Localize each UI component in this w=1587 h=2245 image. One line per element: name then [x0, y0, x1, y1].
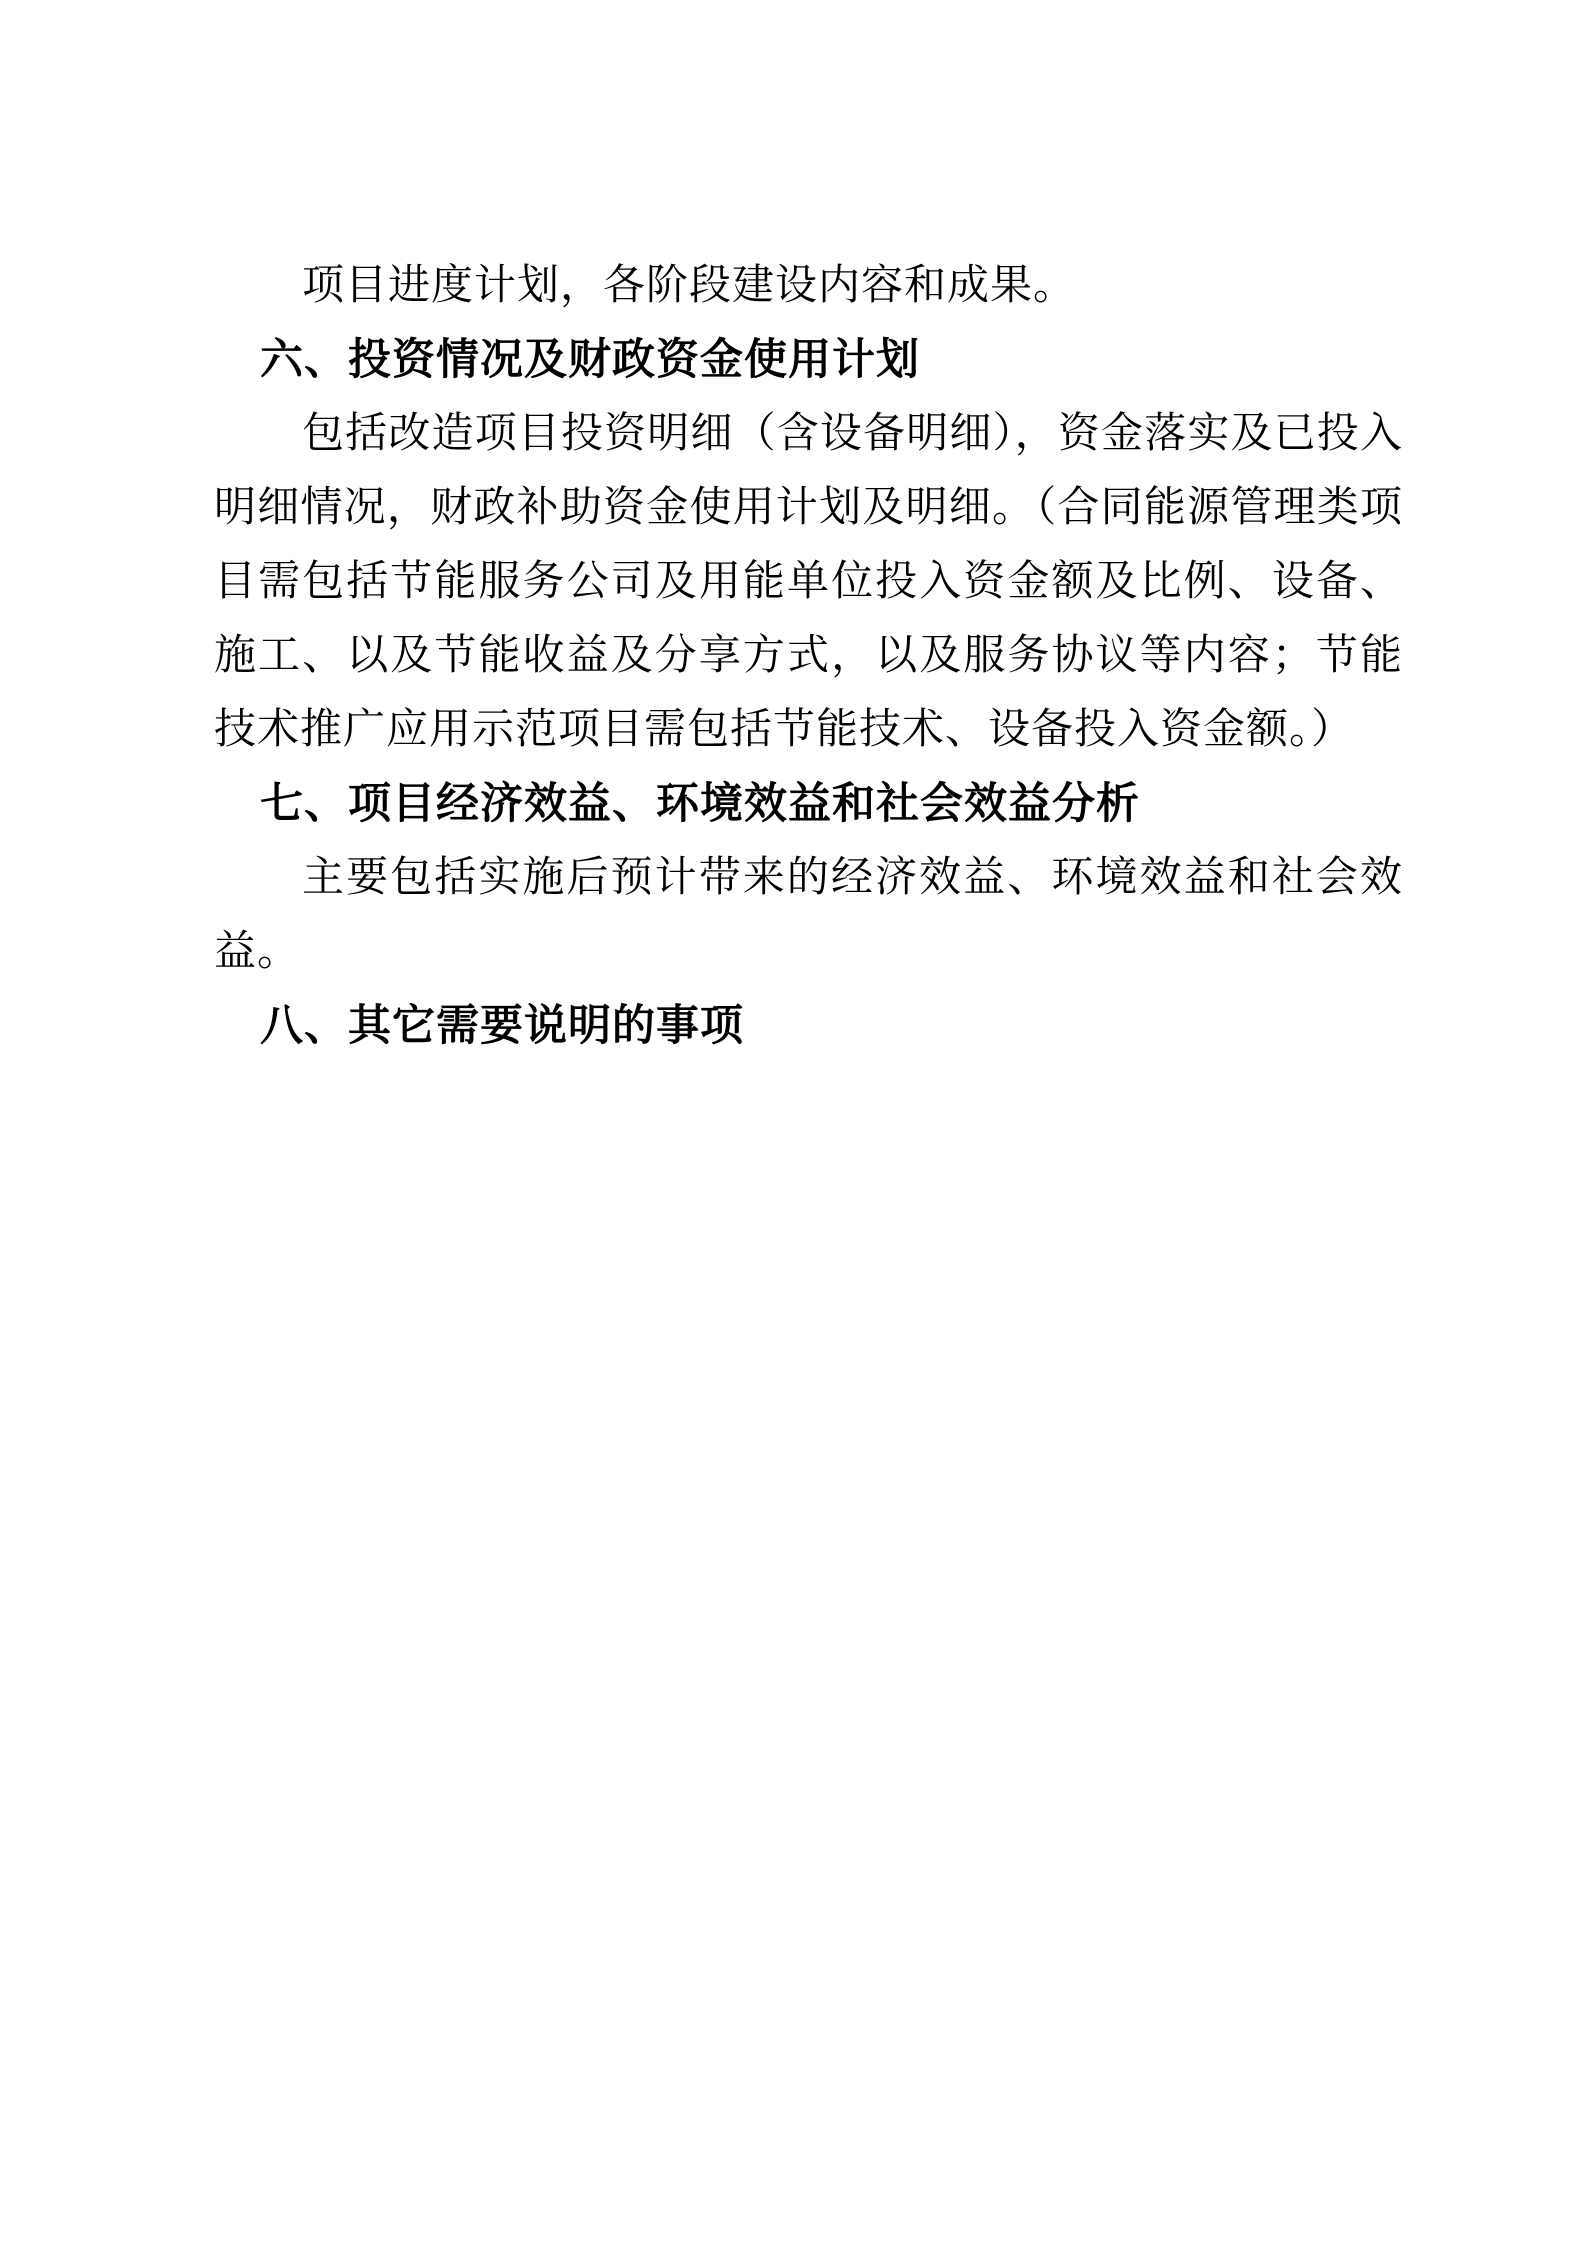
paragraph-project-schedule: 项目进度计划，各阶段建设内容和成果。 [214, 249, 1403, 323]
heading-section-8-other-matters: 八、其它需要说明的事项 [214, 989, 1403, 1063]
paragraph-investment-details: 包括改造项目投资明细（含设备明细），资金落实及已投入明细情况，财政补助资金使用计… [214, 397, 1403, 767]
heading-section-7-benefit-analysis: 七、项目经济效益、环境效益和社会效益分析 [214, 767, 1403, 841]
document-page: 项目进度计划，各阶段建设内容和成果。 六、投资情况及财政资金使用计划 包括改造项… [0, 0, 1587, 2245]
document-body: 项目进度计划，各阶段建设内容和成果。 六、投资情况及财政资金使用计划 包括改造项… [214, 249, 1403, 1063]
paragraph-benefit-summary: 主要包括实施后预计带来的经济效益、环境效益和社会效益。 [214, 841, 1403, 989]
heading-section-6-investment-plan: 六、投资情况及财政资金使用计划 [214, 323, 1403, 397]
